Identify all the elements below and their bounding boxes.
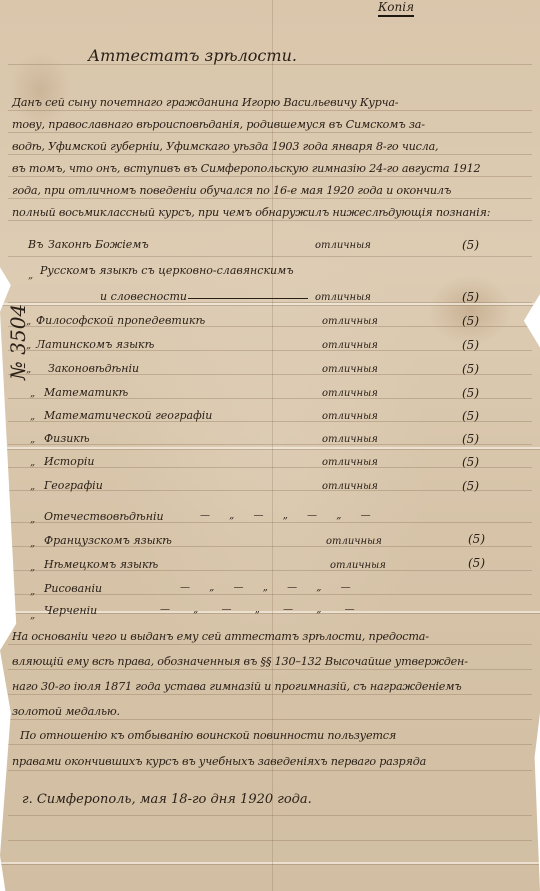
grade-value: отличныя bbox=[322, 481, 378, 492]
ruled-line bbox=[8, 220, 532, 221]
grade-subject: Философской пропедевтикѣ bbox=[36, 314, 205, 327]
grade-prefix: „ bbox=[30, 586, 35, 597]
ruled-line bbox=[8, 154, 532, 155]
grade-prefix: „ bbox=[30, 610, 35, 621]
grade-subject: Латинскомъ языкѣ bbox=[36, 338, 154, 351]
grade-value: отличныя bbox=[330, 560, 386, 571]
certificate-paper: Копія Аттестатъ зрѣлости. № 3504 Данъ се… bbox=[0, 0, 540, 891]
place-and-date: г. Симферополь, мая 18-го дня 1920 года. bbox=[22, 792, 312, 807]
grade-score: (5) bbox=[462, 290, 479, 304]
grade-prefix: „ bbox=[26, 316, 31, 327]
grade-subject: и словесности bbox=[100, 290, 187, 303]
grade-prefix: „ bbox=[28, 270, 33, 281]
ruled-line bbox=[8, 815, 532, 816]
grade-value: отличныя bbox=[322, 340, 378, 351]
grade-prefix: „ bbox=[30, 457, 35, 468]
grade-prefix: „ bbox=[30, 481, 35, 492]
grade-subject: Математической географіи bbox=[44, 409, 212, 422]
paper-fold bbox=[0, 862, 540, 864]
grade-value: отличныя bbox=[322, 434, 378, 445]
closing-line: вляющій ему всѣ права, обозначенныя въ §… bbox=[12, 655, 468, 668]
grade-prefix: „ bbox=[30, 434, 35, 445]
grade-subject: Русскомъ языкѣ съ церковно-славянскимъ bbox=[40, 264, 294, 277]
grade-score: (5) bbox=[462, 362, 479, 376]
grade-score: (5) bbox=[462, 386, 479, 400]
grade-prefix: „ bbox=[30, 411, 35, 422]
grade-value: отличныя bbox=[322, 316, 378, 327]
filler-dash bbox=[188, 298, 308, 299]
grade-subject: Законѣ Божіемъ bbox=[48, 238, 149, 251]
grade-score: (5) bbox=[462, 455, 479, 469]
grade-value: отличныя bbox=[315, 240, 371, 251]
grade-subject: Нѣмецкомъ языкѣ bbox=[44, 558, 158, 571]
grade-value-blank: — „ — „ — „ — bbox=[180, 582, 359, 593]
ruled-line bbox=[8, 644, 532, 645]
grade-value: отличныя bbox=[315, 292, 371, 303]
closing-line: наго 30-го іюля 1871 года устава гимназі… bbox=[12, 680, 462, 693]
ruled-line bbox=[8, 694, 532, 695]
grade-prefix: „ bbox=[30, 514, 35, 525]
grade-score: (5) bbox=[462, 409, 479, 423]
ruled-line bbox=[8, 669, 532, 670]
grade-subject: Математикѣ bbox=[44, 386, 128, 399]
grade-value: отличныя bbox=[322, 457, 378, 468]
grade-subject: Исторіи bbox=[44, 455, 94, 468]
intro-line: полный восьмиклассный курсъ, при чемъ об… bbox=[12, 206, 490, 219]
grade-score: (5) bbox=[462, 314, 479, 328]
paper-fold bbox=[0, 303, 540, 305]
intro-line: года, при отличномъ поведеніи обучался п… bbox=[12, 184, 451, 197]
grade-value: отличныя bbox=[322, 364, 378, 375]
intro-line: въ томъ, что онъ, вступивъ въ Симферопол… bbox=[12, 162, 480, 175]
grade-value-blank: — „ — „ — „ — bbox=[160, 604, 365, 615]
ruled-line bbox=[8, 770, 532, 771]
intro-line: водѣ, Уфимской губерніи, Уфимскаго уѣзда… bbox=[12, 140, 438, 153]
grade-score: (5) bbox=[468, 556, 485, 570]
grade-subject: Законовѣдѣніи bbox=[48, 362, 139, 375]
grade-prefix: „ bbox=[30, 562, 35, 573]
document-title: Аттестатъ зрѣлости. bbox=[88, 46, 297, 65]
grade-value-blank: — „ — „ — „ — bbox=[200, 510, 379, 521]
ruled-line bbox=[8, 110, 532, 111]
grade-value: отличныя bbox=[322, 411, 378, 422]
ruled-line bbox=[8, 256, 532, 257]
grade-score: (5) bbox=[462, 238, 479, 252]
grade-subject: Французскомъ языкѣ bbox=[44, 534, 172, 547]
grade-prefix: „ bbox=[30, 388, 35, 399]
grade-score: (5) bbox=[468, 532, 485, 546]
military-duty-line: По отношенію къ отбыванію воинской повин… bbox=[20, 729, 396, 742]
ruled-line bbox=[8, 744, 532, 745]
ruled-line bbox=[8, 840, 532, 841]
grade-subject: Черченіи bbox=[44, 604, 97, 617]
grade-subject: Отечествовѣдѣніи bbox=[44, 510, 164, 523]
intro-line: Данъ сей сыну почетнаго гражданина Игорю… bbox=[12, 96, 398, 109]
grade-score: (5) bbox=[462, 338, 479, 352]
grade-prefix: „ bbox=[26, 364, 31, 375]
grade-value: отличныя bbox=[322, 388, 378, 399]
ruled-line bbox=[8, 719, 532, 720]
ruled-line bbox=[8, 176, 532, 177]
grade-prefix: „ bbox=[30, 538, 35, 549]
grade-subject: Рисованіи bbox=[44, 582, 102, 595]
closing-line: На основаніи чего и выданъ ему сей аттес… bbox=[12, 630, 429, 643]
grade-prefix: Въ bbox=[28, 238, 43, 251]
grade-subject: Географіи bbox=[44, 479, 103, 492]
grade-score: (5) bbox=[462, 432, 479, 446]
grade-score: (5) bbox=[462, 479, 479, 493]
paper-fold bbox=[0, 447, 540, 449]
grade-value: отличныя bbox=[326, 536, 382, 547]
closing-line: золотой медалью. bbox=[12, 705, 120, 718]
grade-subject: Физикѣ bbox=[44, 432, 90, 445]
ruled-line bbox=[8, 132, 532, 133]
military-duty-line: правами окончившихъ курсъ въ учебныхъ за… bbox=[12, 755, 426, 768]
intro-line: тову, православнаго вѣроисповѣданія, род… bbox=[12, 118, 425, 131]
ruled-line bbox=[8, 198, 532, 199]
grade-prefix: „ bbox=[26, 340, 31, 351]
copy-mark: Копія bbox=[378, 0, 414, 17]
